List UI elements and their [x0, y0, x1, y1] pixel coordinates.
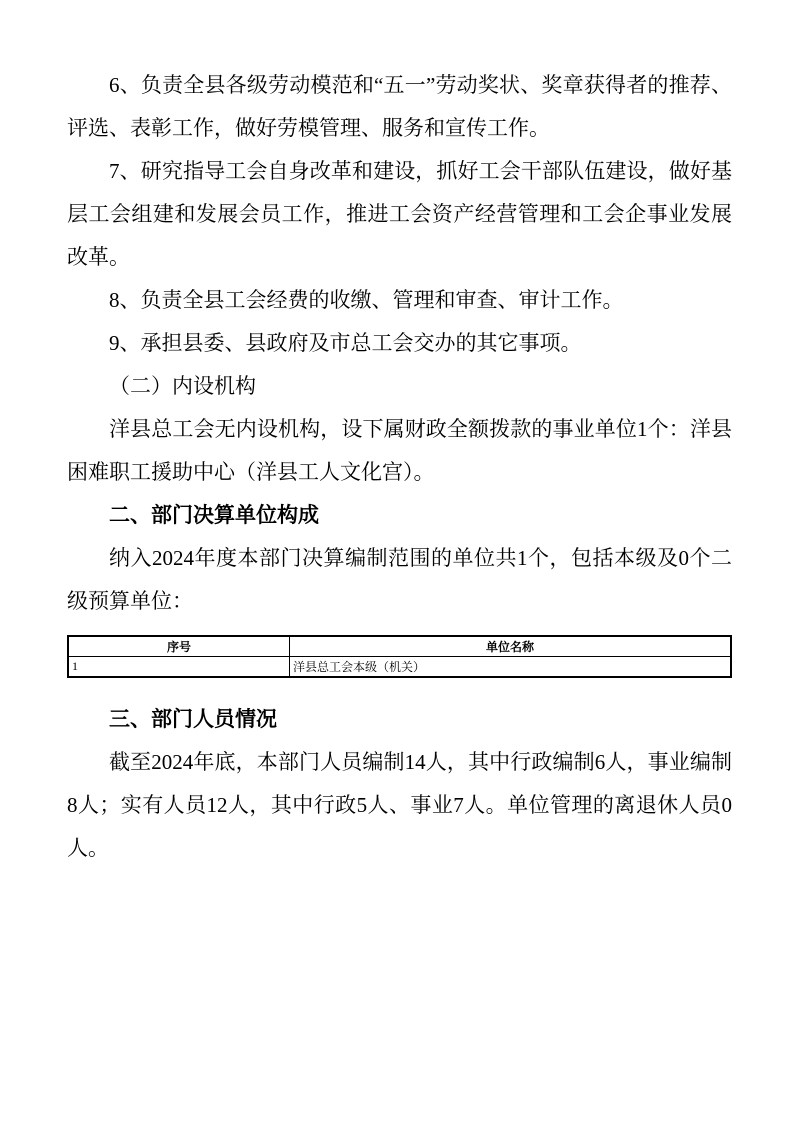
- table-cell-seq: 1: [68, 657, 289, 678]
- document-page: 6、负责全县各级劳动模范和“五一”劳动奖状、奖章获得者的推荐、评选、表彰工作，做…: [0, 0, 793, 1122]
- table-header-row: 序号 单位名称: [68, 636, 731, 657]
- paragraph-duty-9: 9、承担县委、县政府及市总工会交办的其它事项。: [67, 322, 732, 365]
- table-header-unit-name: 单位名称: [289, 636, 731, 657]
- unit-composition-table: 序号 单位名称 1 洋县总工会本级（机关）: [67, 635, 732, 678]
- paragraph-unit-composition: 纳入2024年度本部门决算编制范围的单位共1个，包括本级及0个二级预算单位：: [67, 537, 732, 623]
- paragraph-duty-6: 6、负责全县各级劳动模范和“五一”劳动奖状、奖章获得者的推荐、评选、表彰工作，做…: [67, 64, 732, 150]
- paragraph-personnel: 截至2024年底，本部门人员编制14人，其中行政编制6人，事业编制8人；实有人员…: [67, 741, 732, 870]
- sub-heading-internal-org: （二）内设机构: [67, 365, 732, 408]
- paragraph-duty-8: 8、负责全县工会经费的收缴、管理和审查、审计工作。: [67, 279, 732, 322]
- heading-unit-composition: 二、部门决算单位构成: [67, 494, 732, 537]
- table-cell-unit-name: 洋县总工会本级（机关）: [289, 657, 731, 678]
- paragraph-duty-7: 7、研究指导工会自身改革和建设，抓好工会干部队伍建设，做好基层工会组建和发展会员…: [67, 150, 732, 279]
- table-row: 1 洋县总工会本级（机关）: [68, 657, 731, 678]
- paragraph-internal-org: 洋县总工会无内设机构，设下属财政全额拨款的事业单位1个：洋县困难职工援助中心（洋…: [67, 408, 732, 494]
- document-content: 6、负责全县各级劳动模范和“五一”劳动奖状、奖章获得者的推荐、评选、表彰工作，做…: [0, 0, 793, 870]
- table-header-seq: 序号: [68, 636, 289, 657]
- heading-personnel: 三、部门人员情况: [67, 698, 732, 741]
